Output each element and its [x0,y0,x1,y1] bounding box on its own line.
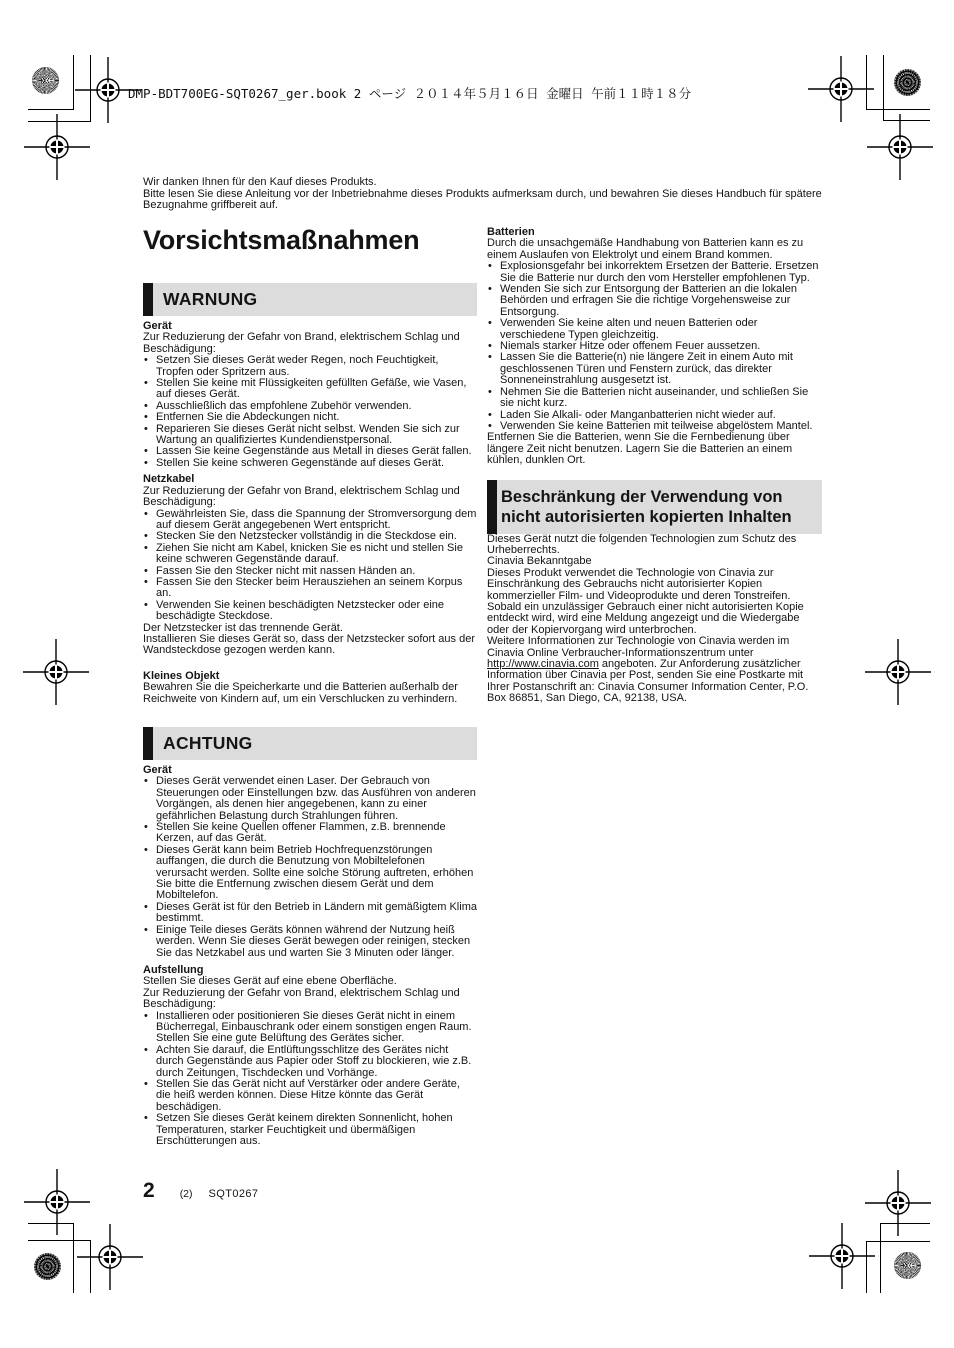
right-column: Batterien Durch die unsachgemäße Handhab… [487,227,822,705]
small-object-text: Bewahren Sie die Speicherkarte und die B… [143,682,477,705]
restriction-para-1: Dieses Gerät nutzt die folgenden Technol… [487,534,822,557]
crop-mark [866,1241,930,1242]
registration-mark [809,1223,875,1289]
page-footer: 2 (2) SQT0267 [143,1180,258,1202]
bullet-list-caution-device: Dieses Gerät verwendet einen Laser. Der … [143,776,477,959]
bullet-item: Stellen Sie keine Quellen offener Flamme… [143,822,477,845]
bullet-item: Ziehen Sie nicht am Kabel, knicken Sie e… [143,543,477,566]
registration-mark [808,56,874,122]
bullet-item: Setzen Sie dieses Gerät keinem direkten … [143,1113,477,1147]
color-control-patch [34,1253,61,1280]
document-code: SQT0267 [209,1188,259,1200]
registration-mark [865,639,931,705]
registration-mark [77,1224,143,1290]
power-cord-note: Der Netzstecker ist das trennende Gerät.… [143,623,477,657]
page-reference: (2) [180,1188,193,1200]
bullet-item: Verwenden Sie keine Batterien mit teilwe… [487,421,822,432]
bullet-list-warning-device: Setzen Sie dieses Gerät weder Regen, noc… [143,355,477,469]
bullet-list-power-cord: Gewährleisten Sie, dass die Spannung der… [143,509,477,623]
bullet-item: Stellen Sie keine schweren Gegenstände a… [143,458,477,469]
restriction-heading-bar: Beschränkung der Verwendung von nicht au… [487,480,822,534]
section-lead: Zur Reduzierung der Gefahr von Brand, el… [143,988,477,1011]
bullet-item: Dieses Gerät verwendet einen Laser. Der … [143,776,477,822]
crop-mark [866,109,930,110]
intro-line-1: Wir danken Ihnen für den Kauf dieses Pro… [143,177,827,189]
restriction-heading-line-2: nicht autorisierten kopierten Inhalten [501,507,822,527]
crop-mark [883,55,884,121]
placement-text: Stellen Sie dieses Gerät auf eine ebene … [143,976,477,987]
heading-accent-bar [487,480,497,534]
caution-heading-bar: ACHTUNG [143,727,477,760]
bullet-list-batteries: Explosionsgefahr bei inkorrektem Ersetze… [487,261,822,432]
bullet-item: Fassen Sie den Stecker beim Herausziehen… [143,577,477,600]
bullet-item: Gewährleisten Sie, dass die Spannung der… [143,509,477,532]
bullet-item: Nehmen Sie die Batterien nicht auseinand… [487,387,822,410]
bullet-item: Explosionsgefahr bei inkorrektem Ersetze… [487,261,822,284]
color-control-patch [894,1252,921,1279]
cinavia-contact-para: Weitere Informationen zur Technologie vo… [487,636,822,704]
bullet-item: Stellen Sie das Gerät nicht auf Verstärk… [143,1079,477,1113]
bullet-item: Achten Sie darauf, die Entlüftungsschlit… [143,1045,477,1079]
page-title: Vorsichtsmaßnahmen [143,225,477,255]
registration-mark [23,639,89,705]
bullet-item: Stellen Sie keine mit Flüssigkeiten gefü… [143,378,477,401]
page-number: 2 [143,1180,155,1202]
heading-accent-bar [143,283,153,316]
bullet-item: Stecken Sie den Netzstecker vollständig … [143,531,477,542]
caution-heading: ACHTUNG [163,738,253,749]
cinavia-para: Dieses Produkt verwendet die Technologie… [487,568,822,636]
batteries-lead: Durch die unsachgemäße Handhabung von Ba… [487,238,822,261]
bullet-item: Entfernen Sie die Abdeckungen nicht. [143,412,477,423]
power-cord-note-line-2: Installieren Sie dieses Gerät so, dass d… [143,634,477,657]
color-control-patch [894,69,921,96]
bullet-item: Lassen Sie die Batterie(n) nie längere Z… [487,352,822,386]
registration-mark [867,114,933,180]
bullet-item: Wenden Sie sich zur Entsorgung der Batte… [487,284,822,318]
warning-heading-bar: WARNUNG [143,283,477,316]
color-control-patch [32,67,59,94]
crop-mark [28,109,74,110]
bullet-item: Dieses Gerät kann beim Betrieb Hochfrequ… [143,845,477,902]
bullet-item: Reparieren Sie dieses Gerät nicht selbst… [143,424,477,447]
bullet-list-placement: Installieren oder positionieren Sie dies… [143,1011,477,1148]
heading-accent-bar [143,727,153,760]
intro-line-2: Bitte lesen Sie diese Anleitung vor der … [143,189,827,212]
warning-heading: WARNUNG [163,294,257,305]
bullet-item: Dieses Gerät ist für den Betrieb in Länd… [143,902,477,925]
left-column: Vorsichtsmaßnahmen WARNUNG Gerät Zur Red… [143,225,477,1147]
bullet-item: Installieren oder positionieren Sie dies… [143,1011,477,1045]
bullet-item: Einige Teile dieses Geräts können währen… [143,925,477,959]
bullet-item: Setzen Sie dieses Gerät weder Regen, noc… [143,355,477,378]
section-label-power-cord: Netzkabel [143,474,477,485]
manual-page: DMP-BDT700EG-SQT0267_ger.book 2 ページ ２０１４… [0,0,954,1348]
cinavia-url-link: http://www.cinavia.com [487,658,599,670]
intro-paragraph: Wir danken Ihnen für den Kauf dieses Pro… [143,177,827,212]
bullet-item: Verwenden Sie keinen beschädigten Netzst… [143,600,477,623]
section-lead: Zur Reduzierung der Gefahr von Brand, el… [143,486,477,509]
print-job-info: DMP-BDT700EG-SQT0267_ger.book 2 ページ ２０１４… [128,84,691,102]
section-lead: Zur Reduzierung der Gefahr von Brand, el… [143,332,477,355]
batteries-note: Entfernen Sie die Batterien, wenn Sie di… [487,432,822,466]
cinavia-text-before-link: Weitere Informationen zur Technologie vo… [487,635,789,658]
bullet-item: Verwenden Sie keine alten und neuen Batt… [487,318,822,341]
crop-mark [73,55,74,109]
registration-mark [24,114,90,180]
restriction-heading-line-1: Beschränkung der Verwendung von [501,487,822,507]
